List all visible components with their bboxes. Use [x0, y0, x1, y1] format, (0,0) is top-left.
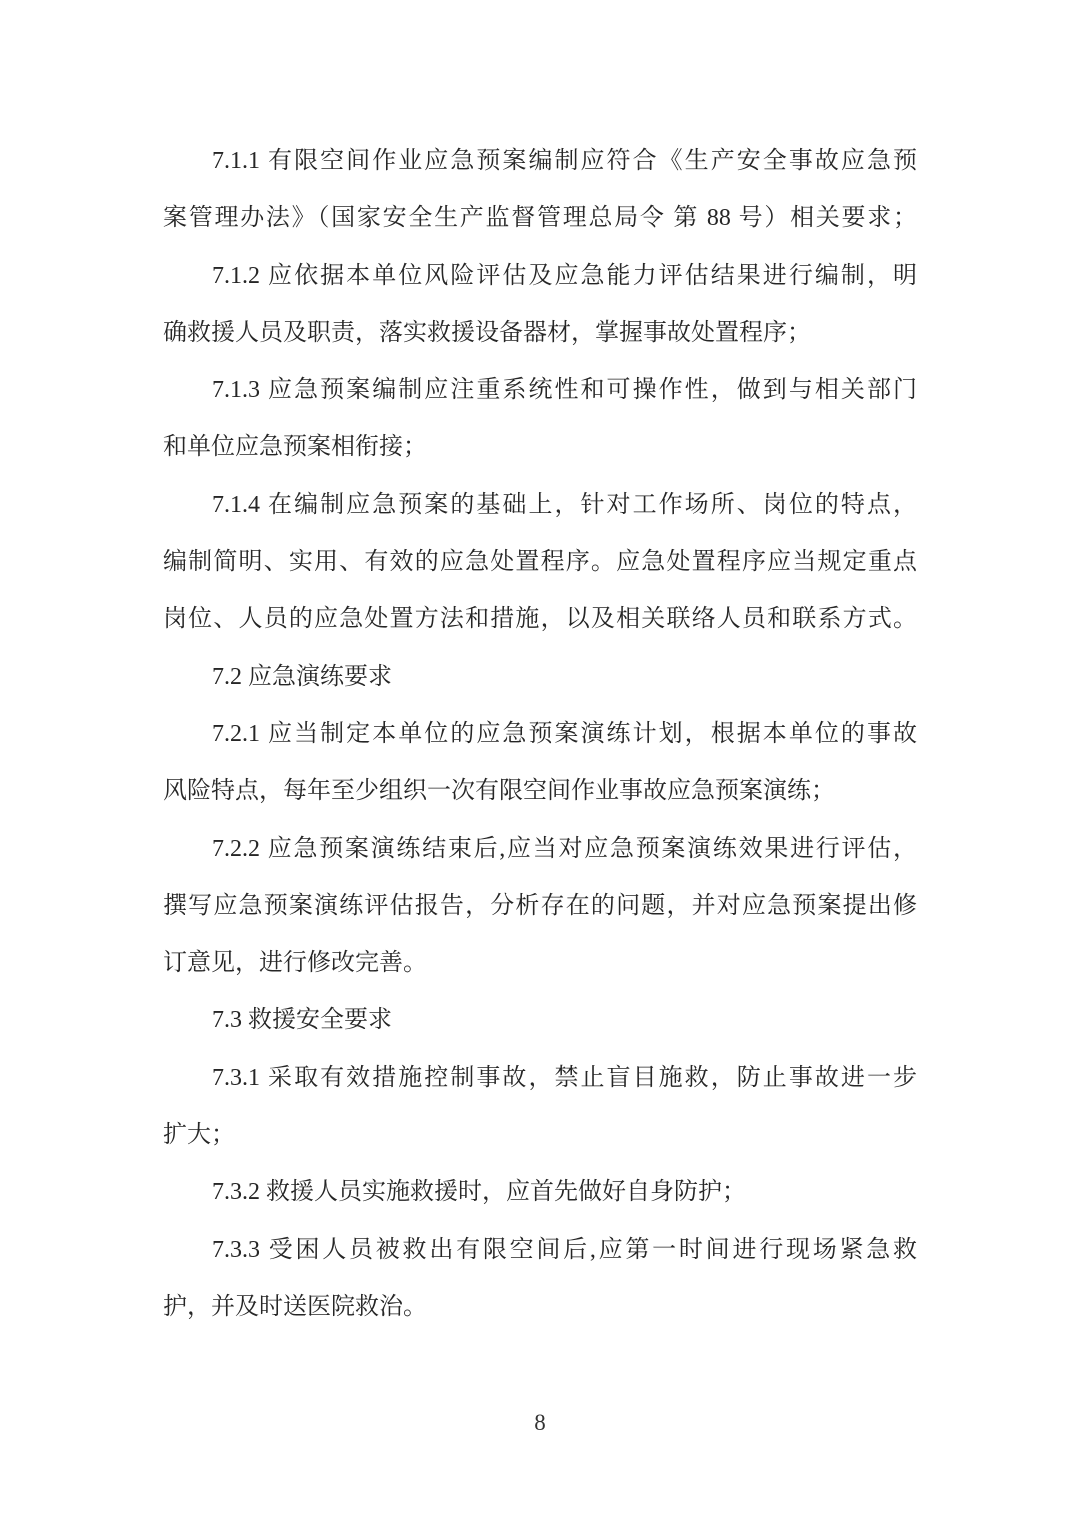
text-line: 7.2 应急演练要求: [163, 649, 917, 706]
text-line: 风险特点，每年至少组织一次有限空间作业事故应急预案演练；: [163, 763, 917, 820]
text-line: 确救援人员及职责，落实救援设备器材，掌握事故处置程序；: [163, 305, 917, 362]
text-line: 岗位、人员的应急处置方法和措施，以及相关联络人员和联系方式。: [163, 591, 917, 648]
text-line: 7.1.3 应急预案编制应注重系统性和可操作性，做到与相关部门: [163, 362, 917, 419]
document-body: 7.1.1 有限空间作业应急预案编制应符合《生产安全事故应急预案管理办法》（国家…: [163, 133, 917, 1336]
text-line: 7.2.1 应当制定本单位的应急预案演练计划，根据本单位的事故: [163, 706, 917, 763]
text-line: 7.3.3 受困人员被救出有限空间后,应第一时间进行现场紧急救: [163, 1222, 917, 1279]
text-line: 7.1.2 应依据本单位风险评估及应急能力评估结果进行编制，明: [163, 248, 917, 305]
text-line: 扩大；: [163, 1107, 917, 1164]
text-line: 7.2.2 应急预案演练结束后,应当对应急预案演练效果进行评估，: [163, 821, 917, 878]
text-line: 护，并及时送医院救治。: [163, 1279, 917, 1336]
text-line: 订意见，进行修改完善。: [163, 935, 917, 992]
text-line: 案管理办法》（国家安全生产监督管理总局令 第 88 号）相关要求；: [163, 190, 917, 247]
text-line: 撰写应急预案演练评估报告，分析存在的问题，并对应急预案提出修: [163, 878, 917, 935]
text-line: 7.3.1 采取有效措施控制事故，禁止盲目施救，防止事故进一步: [163, 1050, 917, 1107]
page-number: 8: [0, 1408, 1080, 1438]
text-line: 和单位应急预案相衔接；: [163, 419, 917, 476]
text-line: 7.1.4 在编制应急预案的基础上，针对工作场所、岗位的特点，: [163, 477, 917, 534]
text-line: 编制简明、实用、有效的应急处置程序。应急处置程序应当规定重点: [163, 534, 917, 591]
text-line: 7.3.2 救援人员实施救援时，应首先做好自身防护；: [163, 1164, 917, 1221]
text-line: 7.3 救援安全要求: [163, 992, 917, 1049]
text-line: 7.1.1 有限空间作业应急预案编制应符合《生产安全事故应急预: [163, 133, 917, 190]
document-page: 7.1.1 有限空间作业应急预案编制应符合《生产安全事故应急预案管理办法》（国家…: [0, 0, 1080, 1528]
